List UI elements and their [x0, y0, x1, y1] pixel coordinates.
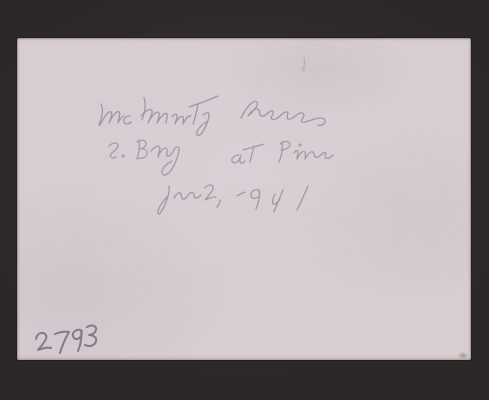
photo-verso-card [17, 38, 471, 360]
catalog-number-handwritten [36, 326, 96, 353]
handwriting-line1-caption [99, 96, 325, 136]
handwriting-layer [17, 38, 471, 360]
transcript-line1: Mc Henity home [0, 0, 1, 1]
transcript: Mc Henity home S. Bdwy at Pine Nov 2, 19… [0, 0, 1, 1]
handwriting-line2-location [109, 140, 333, 175]
stray-pencil-mark [303, 58, 305, 71]
handwriting-line3-date [158, 185, 308, 214]
photo-mat-background: Mc Henity home S. Bdwy at Pine Nov 2, 19… [0, 0, 489, 400]
